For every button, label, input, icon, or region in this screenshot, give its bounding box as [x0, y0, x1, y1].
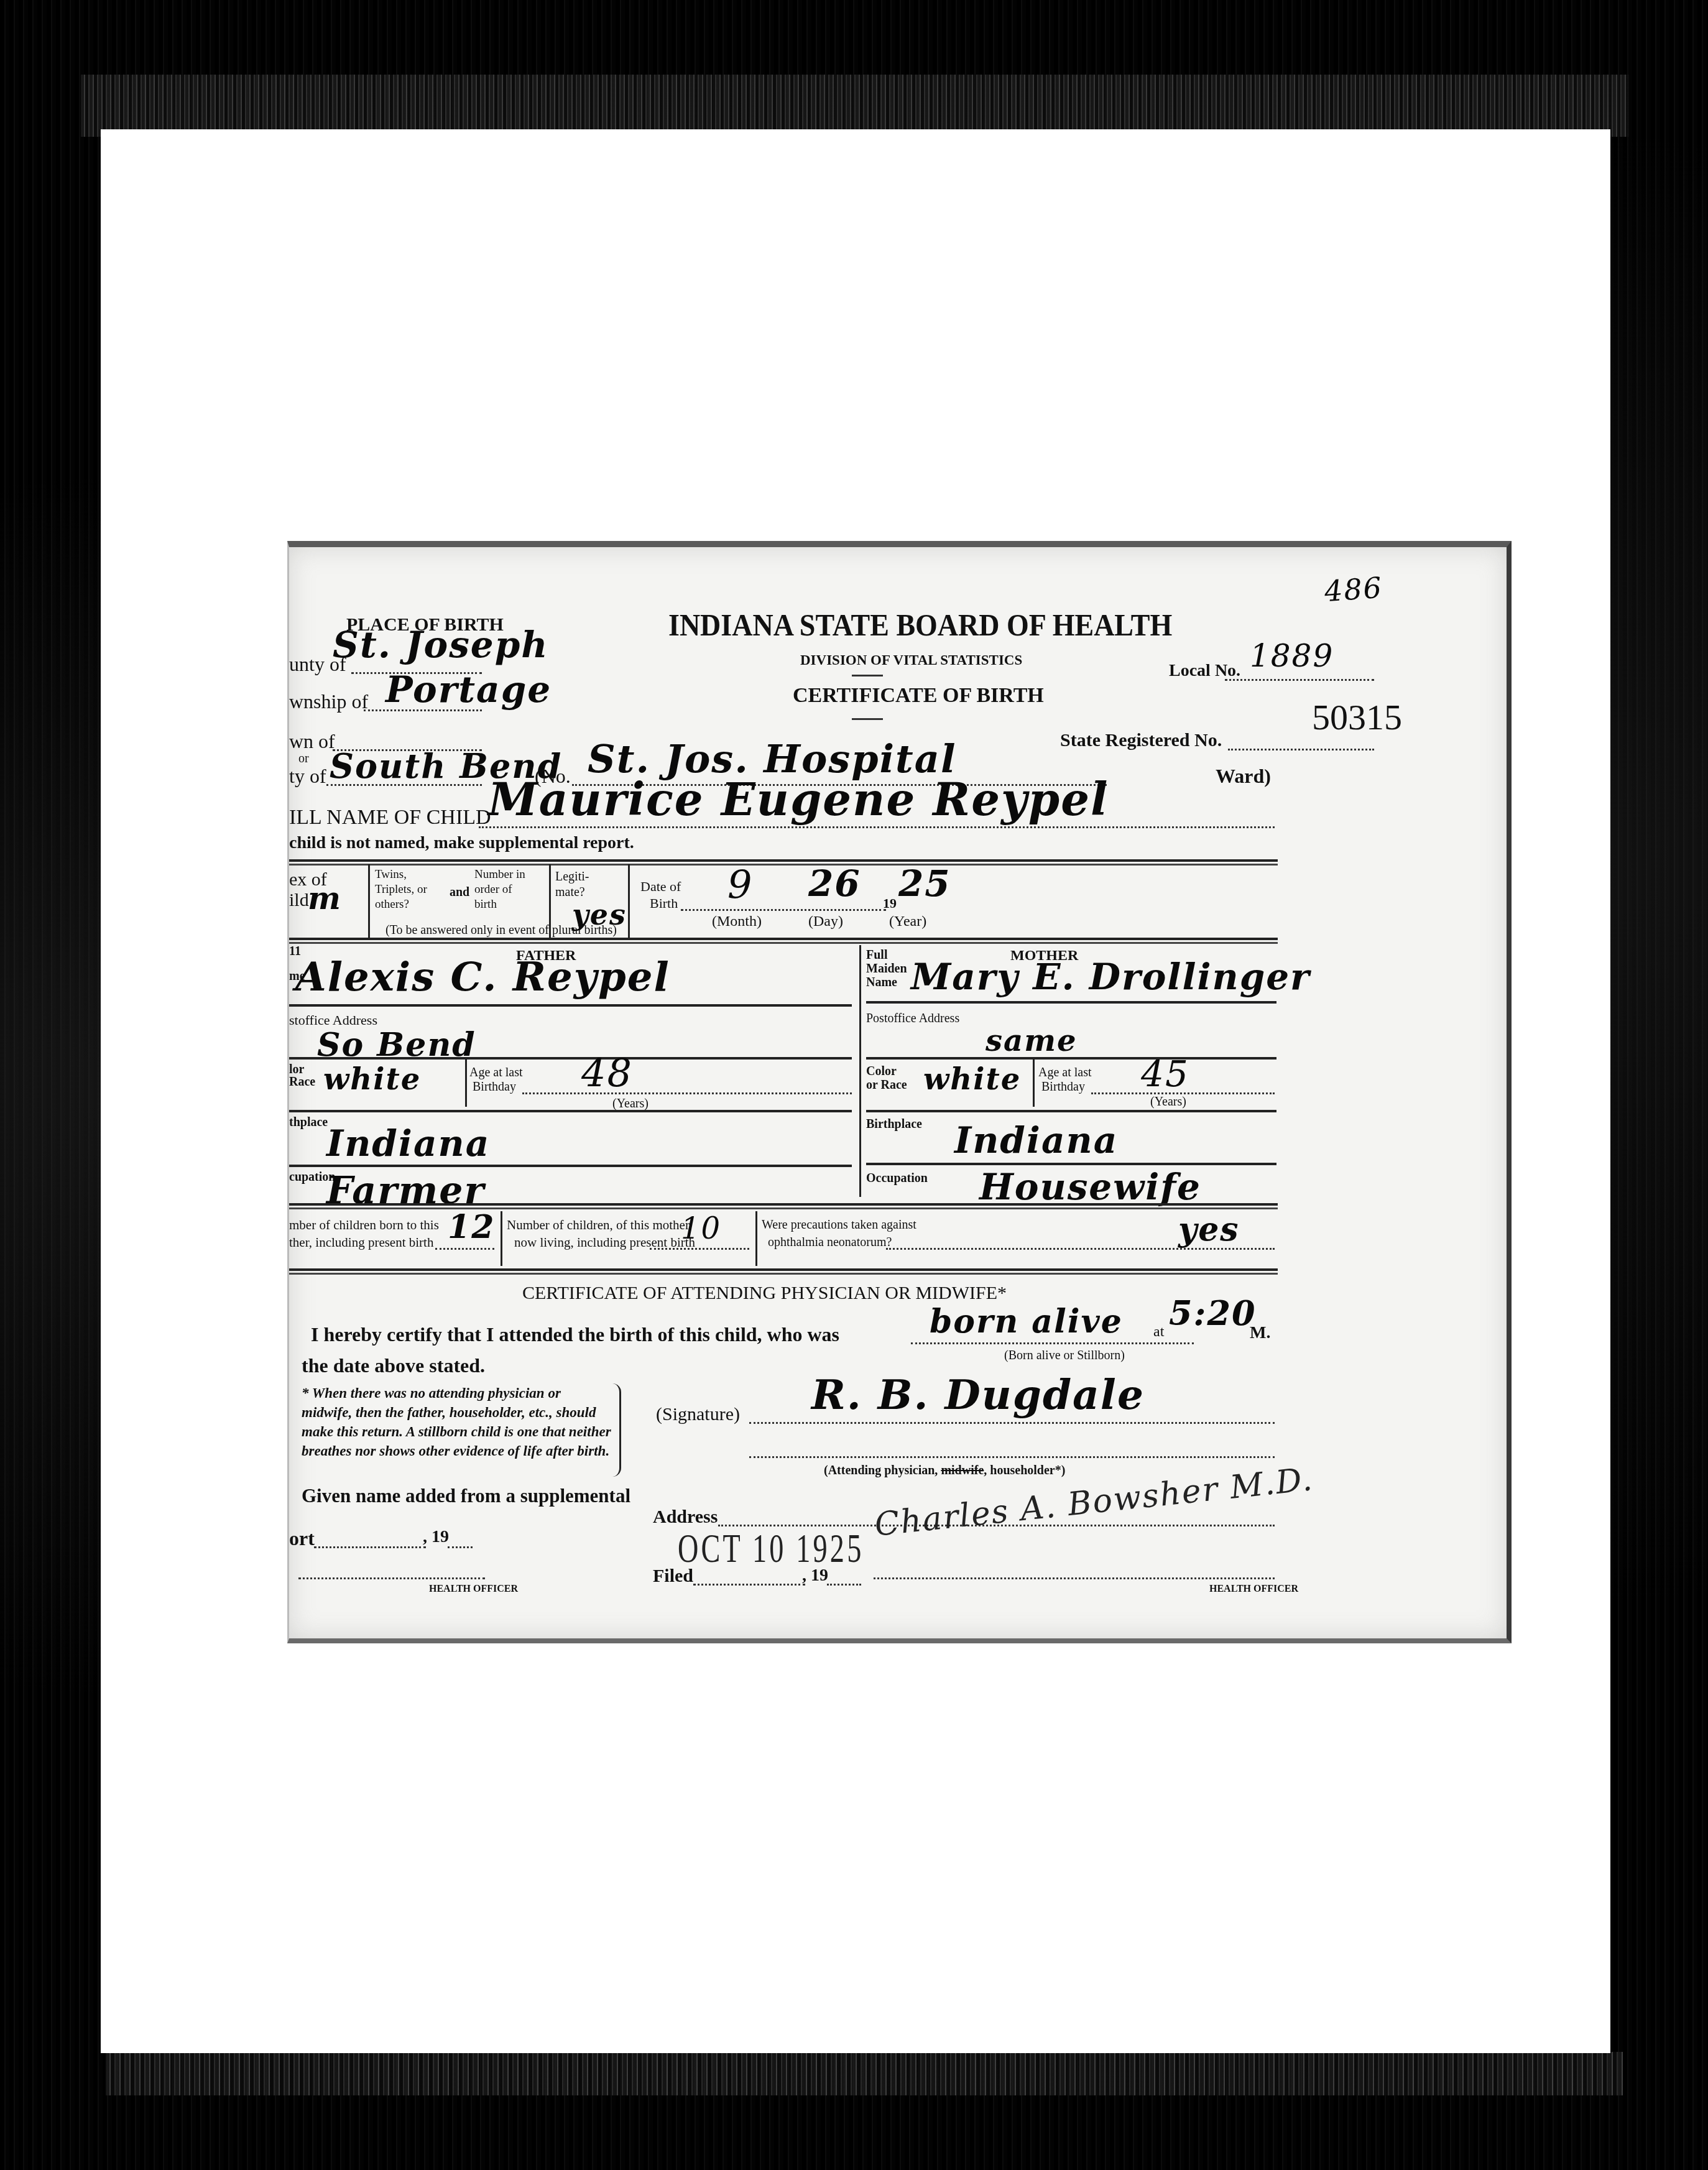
children-born-label: mber of children born to this	[289, 1219, 439, 1232]
state-registered-label: State Registered No.	[1060, 731, 1222, 750]
date-label: Date of	[640, 880, 681, 893]
column-divider	[755, 1211, 757, 1266]
township-value: Portage	[385, 672, 552, 708]
mother-occupation: Housewife	[979, 1169, 1201, 1205]
certify-text: I hereby certify that I attended the bir…	[311, 1324, 839, 1344]
state-registered-line	[1228, 729, 1374, 750]
precautions-value: yes	[1178, 1214, 1240, 1246]
local-no-value: 1889	[1250, 640, 1334, 672]
precautions-label-2: ophthalmia neonatorum?	[768, 1236, 892, 1249]
parents-divider	[859, 945, 861, 1197]
filing-officer-label: HEALTH OFFICER	[1209, 1584, 1298, 1594]
column-divider	[368, 864, 370, 938]
rule	[866, 1001, 1276, 1004]
report-year-prefix: , 19	[423, 1528, 449, 1546]
father-name: Alexis C. Reypel	[295, 958, 670, 997]
rule	[866, 1110, 1276, 1112]
town-label: wn of	[289, 731, 335, 751]
filing-officer-line	[874, 1567, 1275, 1579]
mother-age-label: Age at last	[1038, 1066, 1092, 1079]
filed-year-line	[827, 1567, 861, 1586]
divider	[852, 718, 883, 720]
mother-occupation-label: Occupation	[866, 1172, 928, 1184]
column-divider	[465, 1057, 467, 1107]
rule	[289, 1268, 1278, 1275]
scan-shadow-top	[81, 75, 1629, 137]
birth-certificate: 486 PLACE OF BIRTH INDIANA STATE BOARD O…	[287, 541, 1512, 1643]
children-living: 10	[681, 1214, 721, 1244]
column-divider	[501, 1211, 502, 1266]
report-year-line	[448, 1528, 473, 1548]
children-born: 12	[448, 1211, 495, 1244]
supplemental-officer-label: HEALTH OFFICER	[429, 1584, 518, 1594]
board-title: INDIANA STATE BOARD OF HEALTH	[668, 609, 1172, 640]
mother-age: 45	[1141, 1056, 1189, 1092]
year-prefix: 19	[883, 897, 897, 910]
years-caption: (Years)	[612, 1097, 649, 1110]
m-label: M.	[1250, 1324, 1270, 1342]
county-value: St. Joseph	[333, 627, 548, 663]
filed-date-stamp: OCT 10 1925	[678, 1528, 864, 1569]
father-race-label-2: Race	[289, 1076, 315, 1088]
mother-birthplace-label: Birthplace	[866, 1118, 922, 1130]
father-age-label: Age at last	[469, 1066, 523, 1079]
mother-name-label: Full Maiden Name	[866, 948, 910, 989]
column-divider	[549, 864, 551, 938]
father-birthplace-label: thplace	[289, 1116, 328, 1129]
legitimate-label: Legiti-mate?	[555, 869, 599, 900]
sex-value: m	[308, 883, 342, 914]
physician-signature: R. B. Dugdale	[811, 1374, 1145, 1415]
rule	[289, 1110, 852, 1112]
divider	[852, 675, 883, 676]
report-label: ort	[289, 1528, 315, 1548]
mother-address-label: Postoffice Address	[866, 1012, 959, 1025]
child-full-name: Maurice Eugene Reypel	[488, 777, 1109, 822]
margin-note: 486	[1324, 573, 1384, 606]
month-caption: (Month)	[712, 914, 762, 929]
signature-label: (Signature)	[656, 1405, 740, 1424]
father-birthplace: Indiana	[326, 1125, 490, 1161]
scan-shadow-bottom	[106, 2052, 1623, 2095]
birth-day: 26	[808, 866, 861, 902]
full-name-label: ILL NAME OF CHILD	[289, 807, 491, 828]
date-label-2: Birth	[650, 897, 678, 910]
column-divider	[628, 864, 630, 938]
report-line	[314, 1528, 426, 1548]
physician-footnote: * When there was no attending physician …	[302, 1383, 612, 1461]
mother-name: Mary E. Drollinger	[911, 959, 1311, 995]
father-race-label: lor	[289, 1063, 304, 1076]
mother-age-label-2: Birthday	[1041, 1081, 1085, 1093]
rule	[289, 1203, 1278, 1209]
physician-address-label: Address	[653, 1508, 718, 1526]
children-living-label: Number of children, of this mother,	[507, 1219, 692, 1232]
father-race: white	[323, 1064, 421, 1094]
physician-section-title: CERTIFICATE OF ATTENDING PHYSICIAN OR MI…	[522, 1284, 1007, 1303]
supplemental-note: child is not named, make supplemental re…	[289, 834, 634, 852]
twins-label: Twins, Triplets, or others?	[375, 867, 443, 912]
mother-address: same	[986, 1026, 1077, 1056]
or-label: or	[298, 752, 309, 765]
rule	[289, 859, 1278, 866]
township-label: wnship of	[289, 691, 368, 711]
rule	[866, 1163, 1276, 1165]
city-label: ty of	[289, 766, 326, 786]
at-label: at	[1153, 1324, 1164, 1339]
role-line	[749, 1452, 1275, 1458]
father-address-label: stoffice Address	[289, 1013, 377, 1027]
rule	[289, 1004, 852, 1007]
mother-race-label: Color or Race	[866, 1064, 910, 1092]
brace	[612, 1383, 621, 1477]
day-caption: (Day)	[808, 914, 843, 929]
mother-birthplace: Indiana	[954, 1122, 1118, 1158]
birth-month: 9	[727, 866, 753, 904]
number-order-label: Number in order of birth	[474, 867, 533, 912]
division-label: DIVISION OF VITAL STATISTICS	[800, 653, 1022, 667]
rule	[289, 938, 1278, 944]
legitimate-value: yes	[572, 900, 627, 929]
certificate-title: CERTIFICATE OF BIRTH	[793, 685, 1044, 706]
sex-label-2: ild	[289, 891, 309, 910]
children-born-label-2: ther, including present birth	[289, 1236, 433, 1249]
father-age-label-2: Birthday	[473, 1081, 516, 1093]
filed-year-prefix: , 19	[802, 1567, 828, 1584]
column-divider	[1033, 1057, 1035, 1107]
and-label: and	[450, 886, 469, 898]
precautions-label: Were precautions taken against	[762, 1219, 916, 1231]
rule	[289, 1057, 852, 1060]
ward-label: Ward)	[1216, 766, 1271, 786]
rule	[289, 1165, 852, 1167]
mother-race: white	[923, 1064, 1021, 1094]
date-above-text: the date above stated.	[302, 1355, 485, 1375]
father-age-line	[522, 1079, 852, 1094]
role-caption: (Attending physician, midwife, household…	[824, 1464, 1065, 1477]
role-struck: midwife	[941, 1464, 984, 1477]
years-caption: (Years)	[1150, 1096, 1186, 1108]
birth-time: 5:20	[1169, 1296, 1257, 1330]
born-status: born alive	[930, 1306, 1123, 1338]
given-name-text: Given name added from a supplemental	[302, 1486, 630, 1505]
year-caption: (Year)	[889, 914, 926, 929]
born-caption: (Born alive or Stillborn)	[1004, 1349, 1125, 1362]
rule	[866, 1057, 1276, 1060]
birth-year: 25	[898, 866, 951, 902]
father-age: 48	[581, 1054, 633, 1092]
supplemental-officer-line	[298, 1567, 485, 1579]
